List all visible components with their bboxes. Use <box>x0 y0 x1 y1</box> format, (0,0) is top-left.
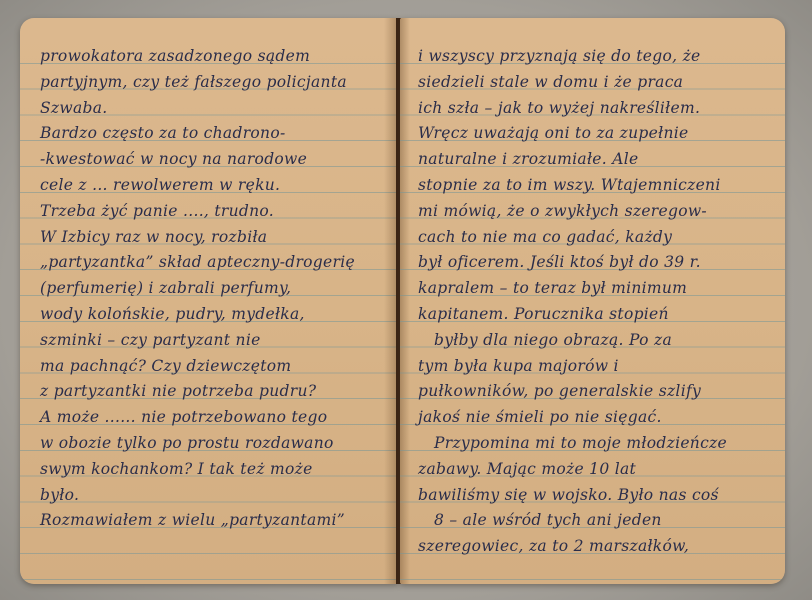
handwritten-line: W Izbicy raz w nocy, rozbiła <box>20 225 398 251</box>
handwritten-line: bawiliśmy się w wojsko. Było nas coś <box>400 483 785 509</box>
handwritten-line: cele z ... rewolwerem w ręku. <box>20 173 398 199</box>
handwritten-line: kapralem – to teraz był minimum <box>400 276 785 302</box>
right-page-text: i wszyscy przyznają się do tego, że sied… <box>400 44 785 560</box>
handwritten-line: (perfumerię) i zabrali perfumy, <box>20 276 398 302</box>
left-page-text: prowokatora zasadzonego sądem partyjnym,… <box>20 44 398 534</box>
handwritten-line: A może ...... nie potrzebowano tego <box>20 405 398 431</box>
handwritten-line: 8 – ale wśród tych ani jeden <box>400 508 785 534</box>
handwritten-line: szminki – czy partyzant nie <box>20 328 398 354</box>
handwritten-line: swym kochankom? I tak też może <box>20 457 398 483</box>
handwritten-line: pułkowników, po generalskie szlify <box>400 379 785 405</box>
handwritten-line: w obozie tylko po prostu rozdawano <box>20 431 398 457</box>
handwritten-line: Przypomina mi to moje młodzieńcze <box>400 431 785 457</box>
handwritten-line: cach to nie ma co gadać, każdy <box>400 225 785 251</box>
handwritten-line: wody kolońskie, pudry, mydełka, <box>20 302 398 328</box>
handwritten-line: jakoś nie śmieli po nie sięgać. <box>400 405 785 431</box>
handwritten-line: stopnie za to im wszy. Wtajemniczeni <box>400 173 785 199</box>
right-page: i wszyscy przyznają się do tego, że sied… <box>400 18 785 584</box>
handwritten-line: mi mówią, że o zwykłych szeregow- <box>400 199 785 225</box>
handwritten-line: był oficerem. Jeśli ktoś był do 39 r. <box>400 250 785 276</box>
handwritten-line: ma pachnąć? Czy dziewczętom <box>20 354 398 380</box>
handwritten-line: szeregowiec, za to 2 marszałków, <box>400 534 785 560</box>
handwritten-line: z partyzantki nie potrzeba pudru? <box>20 379 398 405</box>
handwritten-line: ich szła – jak to wyżej nakreśliłem. <box>400 96 785 122</box>
left-page: prowokatora zasadzonego sądem partyjnym,… <box>20 18 398 584</box>
handwritten-line: tym była kupa majorów i <box>400 354 785 380</box>
handwritten-line: było. <box>20 483 398 509</box>
handwritten-line: kapitanem. Porucznika stopień <box>400 302 785 328</box>
handwritten-line: partyjnym, czy też fałszego policjanta <box>20 70 398 96</box>
handwritten-line: zabawy. Mając może 10 lat <box>400 457 785 483</box>
handwritten-line: Trzeba żyć panie ...., trudno. <box>20 199 398 225</box>
handwritten-line: Wręcz uważają oni to za zupełnie <box>400 121 785 147</box>
handwritten-line: Rozmawiałem z wielu „partyzantami” <box>20 508 398 534</box>
handwritten-line: prowokatora zasadzonego sądem <box>20 44 398 70</box>
handwritten-line: „partyzantka” skład apteczny-drogerię <box>20 250 398 276</box>
handwritten-line: -kwestować w nocy na narodowe <box>20 147 398 173</box>
handwritten-line: Szwaba. <box>20 96 398 122</box>
handwritten-line: naturalne i zrozumiałe. Ale <box>400 147 785 173</box>
handwritten-line: siedzieli stale w domu i że praca <box>400 70 785 96</box>
handwritten-line: Bardzo często za to chadrono- <box>20 121 398 147</box>
handwritten-line: i wszyscy przyznają się do tego, że <box>400 44 785 70</box>
handwritten-line: byłby dla niego obrazą. Po za <box>400 328 785 354</box>
